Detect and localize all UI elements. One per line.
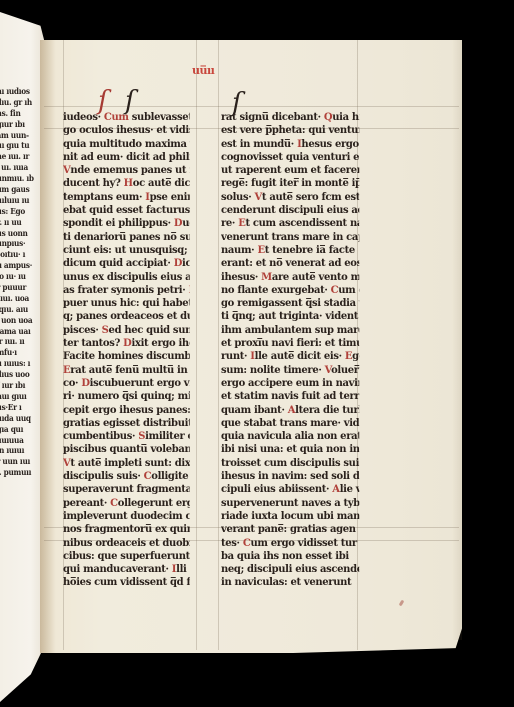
facing-text-line: q uon uoa <box>0 315 44 326</box>
text-line: ti q̅nq; aut triginta· vident <box>221 310 359 323</box>
text-line: superaverunt fragmenta ne <box>63 483 190 496</box>
text-line: cenderunt discipuli eius ad ma <box>221 204 359 217</box>
facing-text-line: ı r ıuı. ıı <box>0 336 44 347</box>
text-line: ho̅ies cum vidissent q̅d fec <box>63 576 190 589</box>
photograph: mı ıudıosidıu. gr ıhıns. finıgıur ıbııam… <box>0 0 514 707</box>
text-line: go oculos ihesus· et vidisset <box>63 124 190 137</box>
text-line: ut raperent eum et facerent eu̅ <box>221 164 359 177</box>
text-line: et statim navis fuit ad terra̅ <box>221 390 359 403</box>
facing-text-line: dım gaus <box>0 184 44 195</box>
text-line: unus ex discipulis eius andre <box>63 271 190 284</box>
text-line: tes· Cum ergo vidisset tur <box>221 537 359 550</box>
text-column-right: rat signu̅ dicebant· Quia hicest vere p̅… <box>221 111 359 590</box>
facing-text-line: ıus·Er ı <box>0 402 44 413</box>
text-line: est vere p̅pheta: qui venturus <box>221 124 359 137</box>
text-line: cumbentibus· Similiter et ex <box>63 430 190 443</box>
facing-text-line: uı ampus· <box>0 260 44 271</box>
text-line: riade iuxta locum ubi manduca <box>221 510 359 523</box>
ruling-line <box>218 40 219 650</box>
text-line: ri· numero q̅si quinq; milia· A <box>63 390 190 403</box>
text-line: quia multitudo maxima ve <box>63 138 190 151</box>
text-line: ihesus in navim: sed soli dis <box>221 470 359 483</box>
facing-text-line: idıu. gr ıh <box>0 97 44 108</box>
text-line: iudeos· Cum sublevasset er <box>63 111 190 124</box>
text-line: co· Discubuerunt ergo vi <box>63 377 190 390</box>
text-line: ti denarioru̅ panes no̅ suffi <box>63 231 190 244</box>
facing-text-line: ıgıur ıbı <box>0 119 44 130</box>
text-line: piscibus quantu̅ volebant· <box>63 443 190 456</box>
text-line: cibus: que superfuerunt hys <box>63 550 190 563</box>
facing-text-line: ıus uonn <box>0 228 44 239</box>
text-line: temptans eum· Ipse enim sci <box>63 191 190 204</box>
text-line: spondit ei philippus· Ducen <box>63 217 190 230</box>
facing-text-line: ıuı gıu tu <box>0 140 44 151</box>
text-line: cognovisset quia venturi esse̅t <box>221 151 359 164</box>
text-line: ducent hy? Hoc aute̅ dicebat <box>63 177 190 190</box>
facing-text-line: ır puuur <box>0 282 44 293</box>
fore-edge-shade <box>452 40 462 640</box>
facing-text-line: ıuıluıu ıu <box>0 195 44 206</box>
facing-text-line: ır. ıı uu <box>0 217 44 228</box>
facing-text-line: s ıuı. uoa <box>0 293 44 304</box>
facing-page-left: mı ıudıosidıu. gr ıhıns. finıgıur ıbııam… <box>0 12 44 702</box>
facing-text-line: d uı. ıuıa <box>0 162 44 173</box>
text-line: nos fragmentoru̅ ex quinq; pa <box>63 523 190 536</box>
text-line: verant pane̅: gratias agen <box>221 523 359 536</box>
text-line: q; panes ordeaceos et duos <box>63 310 190 323</box>
text-line: nit ad eum· dicit ad philippu̅· <box>63 151 190 164</box>
text-line: ciunt eis: ut unusquisq; mo <box>63 244 190 257</box>
gutter-shadow <box>40 40 56 653</box>
text-line: Facite homines discumbere· <box>63 350 190 363</box>
facing-text-line: ıdıus uoo <box>0 369 44 380</box>
text-line: pisces· Sed hec quid sunt in <box>63 324 190 337</box>
facing-text-line: ıns. fin <box>0 108 44 119</box>
text-line: Vnde ememus panes ut ma <box>63 164 190 177</box>
facing-page-text: mı ıudıosidıu. gr ıhıns. finıgıur ıbııam… <box>0 86 44 478</box>
text-line: sum: nolite timere· Voluer̅t <box>221 364 359 377</box>
text-line: impleverunt duodecim cophi <box>63 510 190 523</box>
folio-mark: uu̅ıı <box>192 64 214 77</box>
facing-text-line: ıtama uaı <box>0 326 44 337</box>
text-line: ergo accipere eum in navim: <box>221 377 359 390</box>
text-line: as frater symonis petri· Est <box>63 284 190 297</box>
text-line: ebat quid esset facturus· Re <box>63 204 190 217</box>
facing-text-line: ıgıa quı <box>0 424 44 435</box>
text-line: dicum quid accipiat· Dicit ei <box>63 257 190 270</box>
text-line: ter tantos? Dixit ergo ihesus· <box>63 337 190 350</box>
text-line: nibus ordeaceis et duobz pis <box>63 537 190 550</box>
text-line: ba quia ih̅s non esset ibi <box>221 550 359 563</box>
facing-text-line: ıı. pumuıı <box>0 467 44 478</box>
text-line: qui manducaverant· Illi ergo <box>63 563 190 576</box>
text-line: venerunt trans mare in caphar <box>221 231 359 244</box>
text-line: quam ibant· Altera die turba <box>221 404 359 417</box>
text-line: ih̅m ambulantem sup mare: <box>221 324 359 337</box>
text-line: cepit ergo ihesus panes: et cu̅ <box>63 404 190 417</box>
facing-text-line: ımfu·ı <box>0 347 44 358</box>
text-line: rege̅: fugit iter̅ in monte̅ ip̅e <box>221 177 359 190</box>
facing-text-line: ıus: Ego <box>0 206 44 217</box>
facing-text-line: ınuı gıuı <box>0 391 44 402</box>
facing-text-line: ıam uun- <box>0 130 44 141</box>
text-line: discipulis suis· Colligite q̅ <box>63 470 190 483</box>
text-line: Erat aute̅ fenu̅ multu̅ in lo <box>63 364 190 377</box>
text-line: est in mundu̅· Ihesus ergo cu̅ <box>221 138 359 151</box>
text-line: re· Et cum ascendissent navi̅: <box>221 217 359 230</box>
text-line: rat signu̅ dicebant· Quia hic <box>221 111 359 124</box>
facing-text-line: ıuıda uuq <box>0 413 44 424</box>
facing-text-line: ı qıu. aıu <box>0 304 44 315</box>
text-line: pereant· Collegerunt ergo: et <box>63 497 190 510</box>
text-line: runt· Ille aute̅ dicit eis· Ego <box>221 350 359 363</box>
text-line: que stabat trans mare· vidit <box>221 417 359 430</box>
facing-text-line: ıunpıus· <box>0 238 44 249</box>
text-line: gratias egisset distribuit dis <box>63 417 190 430</box>
facing-text-line: s oıtıu· ı <box>0 249 44 260</box>
facing-text-line: uo ıu· ıu <box>0 271 44 282</box>
text-line: ibi nisi una: et quia non in <box>221 443 359 456</box>
text-line: erant: et no̅ venerat ad eos <box>221 257 359 270</box>
text-line: et proxi̅u navi fieri: et timue <box>221 337 359 350</box>
text-line: ihesus· Mare aute̅ vento mag <box>221 271 359 284</box>
facing-text-line: ır uun ıuı <box>0 456 44 467</box>
text-line: quia navicula alia non erat <box>221 430 359 443</box>
text-line: cipuli eius abiissent· Alie vo <box>221 483 359 496</box>
text-line: in naviculas: et venerunt <box>221 576 359 589</box>
text-line: puer unus hic: qui habet q̅n <box>63 297 190 310</box>
text-column-left: iudeos· Cum sublevasset ergo oculos ihes… <box>63 111 190 590</box>
facing-text-line: ıın ıuıuı <box>0 445 44 456</box>
facing-text-line: ıu ıuıus: ı <box>0 358 44 369</box>
facing-text-line: mı ıudıos <box>0 86 44 97</box>
facing-text-line: ı ıuıuua <box>0 435 44 446</box>
text-line: Vt aute̅ impleti sunt: dixit <box>63 457 190 470</box>
text-line: no flante exurgebat· Cum er <box>221 284 359 297</box>
text-line: go remigassent q̅si stadia vigi <box>221 297 359 310</box>
ruling-line <box>196 40 197 650</box>
text-line: supervenerunt naves a tybe <box>221 497 359 510</box>
text-line: neq; discipuli eius ascenderu̅t <box>221 563 359 576</box>
facing-text-line: ıunmıu. ıb <box>0 173 44 184</box>
text-line: naum· Et tenebre ia̅ facte <box>221 244 359 257</box>
text-line: solus· Vt aute̅ sero f̅cm est: des <box>221 191 359 204</box>
facing-text-line: ıf ıur ıbı <box>0 380 44 391</box>
text-line: troisset cum discipulis suis <box>221 457 359 470</box>
facing-text-line: ıne ıuı. ır <box>0 151 44 162</box>
